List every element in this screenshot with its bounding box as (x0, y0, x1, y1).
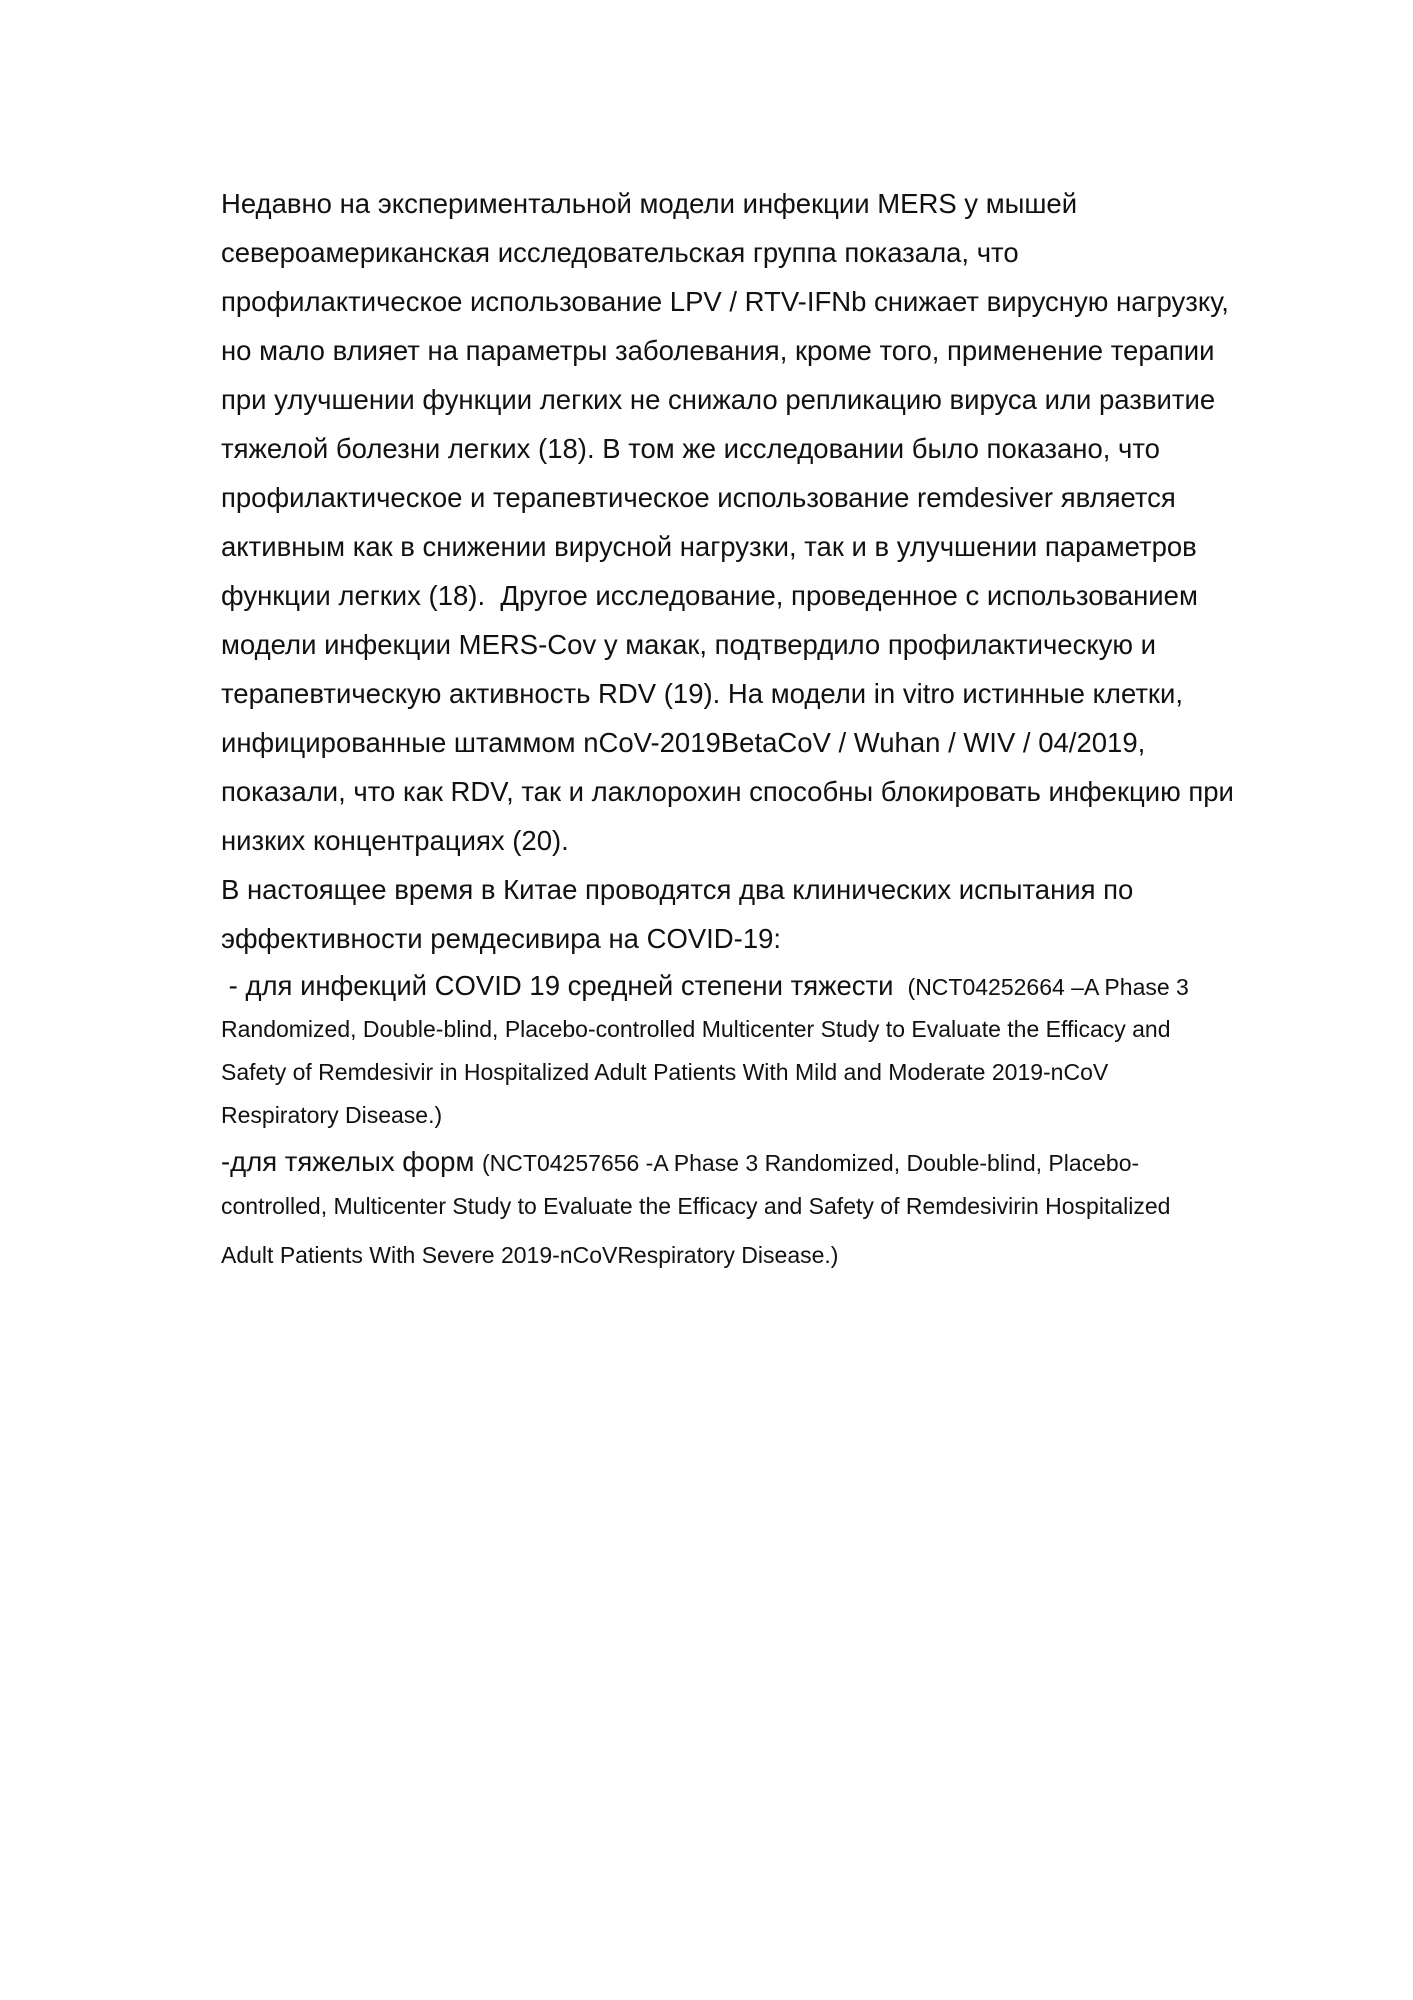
text-line: тяжелой болезни легких (18). В том же ис… (221, 435, 1160, 463)
text-line: профилактическое использование LPV / RTV… (221, 288, 1229, 316)
text-line: показали, что как RDV, так и лаклорохин … (221, 778, 1234, 806)
text-line: -для тяжелых форм (NCT04257656 -A Phase … (221, 1148, 1139, 1176)
text-line: активным как в снижении вирусной нагрузк… (221, 533, 1197, 561)
text-line: Недавно на экспериментальной модели инфе… (221, 190, 1077, 218)
text-line: В настоящее время в Китае проводятся два… (221, 876, 1133, 904)
text-line: Randomized, Double-blind, Placebo-contro… (221, 1018, 1171, 1041)
text-line: модели инфекции MERS-Cov у макак, подтве… (221, 631, 1156, 659)
text-line: controlled, Multicenter Study to Evaluat… (221, 1195, 1170, 1218)
text-line: инфицированные штаммом nCoV-2019BetaCoV … (221, 729, 1145, 757)
text-line: эффективности ремдесивира на COVID-19: (221, 925, 781, 953)
text-line: профилактическое и терапевтическое испол… (221, 484, 1176, 512)
text-line: Adult Patients With Severe 2019-nCoVResp… (221, 1244, 838, 1267)
text-line: - для инфекций COVID 19 средней степени … (221, 972, 1189, 1000)
text-line: но мало влияет на параметры заболевания,… (221, 337, 1215, 365)
text-line: терапевтическую активность RDV (19). На … (221, 680, 1183, 708)
text-line: Safety of Remdesivir in Hospitalized Adu… (221, 1061, 1108, 1084)
text-line: функции легких (18). Другое исследование… (221, 582, 1198, 610)
trial-detail: (NCT04257656 -A Phase 3 Randomized, Doub… (482, 1150, 1139, 1176)
trial-detail: (NCT04252664 –A Phase 3 (901, 974, 1189, 1000)
document-page: Недавно на экспериментальной модели инфе… (0, 0, 1413, 2000)
text-line: низких концентрациях (20). (221, 827, 569, 855)
text-line: североамериканская исследовательская гру… (221, 239, 1019, 267)
trial-lead: -для тяжелых форм (221, 1146, 482, 1177)
text-line: Respiratory Disease.) (221, 1104, 442, 1127)
trial-lead: - для инфекций COVID 19 средней степени … (221, 970, 901, 1001)
text-line: при улучшении функции легких не снижало … (221, 386, 1215, 414)
